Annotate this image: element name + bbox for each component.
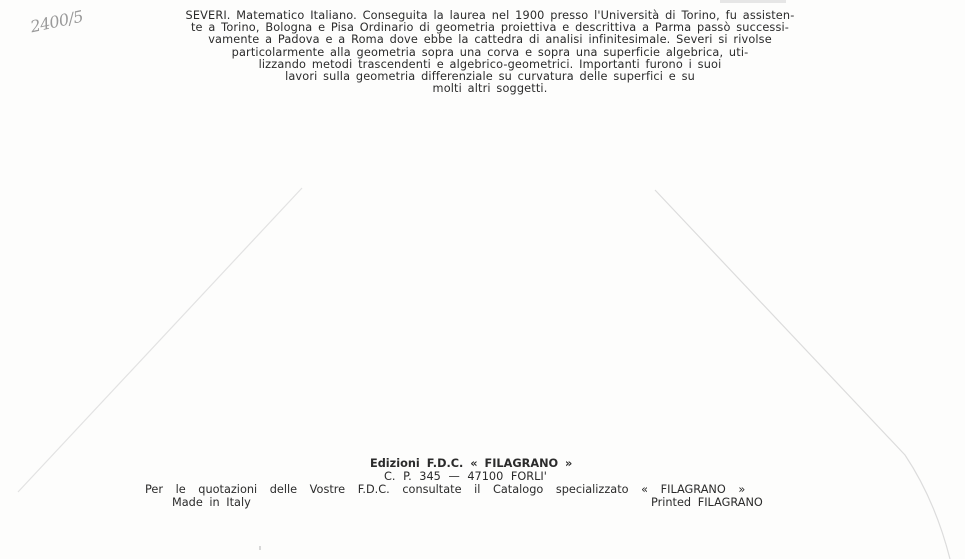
publisher-name: Edizioni F.D.C. « FILAGRANO »: [370, 458, 572, 470]
made-in-label: Made in Italy: [172, 497, 251, 509]
top-edge-mark: [720, 0, 786, 3]
bio-line: molti altri soggetti.: [130, 83, 850, 95]
bio-line: particolarmente alla geometria sopra una…: [130, 47, 850, 59]
printed-by-label: Printed FILAGRANO: [651, 497, 763, 509]
envelope-back: 2400/5 SEVERI. Matematico Italiano. Cons…: [0, 0, 965, 559]
publisher-address: C. P. 345 — 47100 FORLI': [384, 471, 547, 483]
paper-speck: [259, 546, 261, 550]
bio-line: vamente a Padova e a Roma dove ebbe la c…: [130, 34, 850, 46]
left-flap-line: [18, 188, 302, 492]
catalog-note: Per le quotazioni delle Vostre F.D.C. co…: [145, 484, 745, 496]
biography-text: SEVERI. Matematico Italiano. Conseguita …: [130, 10, 850, 95]
